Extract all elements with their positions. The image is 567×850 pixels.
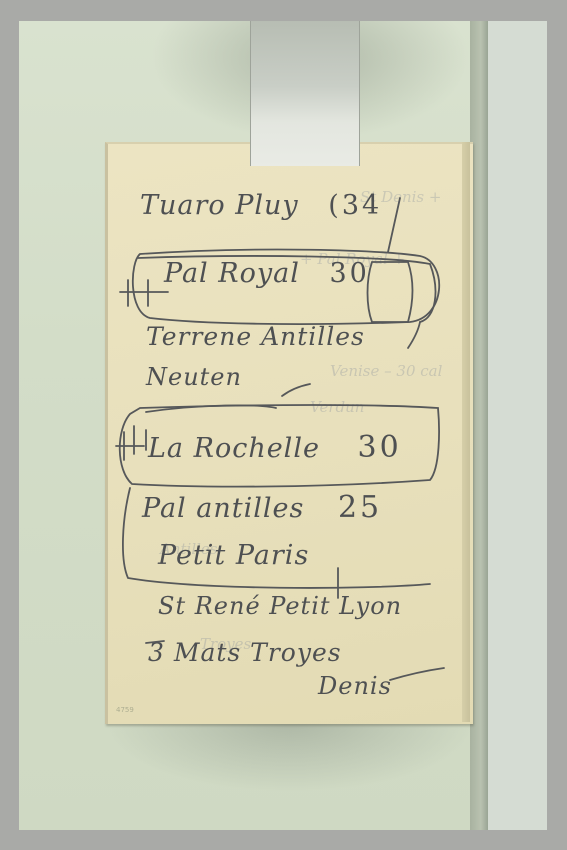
note-text: Denis (318, 672, 392, 700)
note-text: Tuaro Pluy (140, 190, 299, 221)
note-number: (34 (328, 190, 382, 221)
mounting-tape (250, 21, 360, 166)
note-line: Terrene Antilles (146, 322, 365, 351)
note-text: Petit Paris (158, 540, 309, 571)
note-text: La Rochelle (148, 433, 320, 464)
note-line: Pal antilles 25 (142, 490, 382, 525)
facing-page (488, 21, 547, 830)
note-line: La Rochelle 30 (148, 430, 402, 465)
note-line: Petit Paris (158, 540, 309, 571)
note-text: Terrene Antilles (146, 322, 365, 351)
note-text: St René Petit Lyon (158, 592, 402, 620)
note-line: Denis (318, 672, 392, 700)
note-text: 3 Mats Troyes (148, 638, 342, 667)
ghost-text: Venise – 30 cal (330, 362, 442, 380)
note-number: 30 (329, 258, 369, 289)
note-line: Tuaro Pluy (34 (140, 190, 382, 221)
note-line: 3 Mats Troyes (148, 638, 342, 667)
note-line: Neuten (146, 363, 242, 391)
shadow (105, 722, 475, 792)
note-line: St René Petit Lyon (158, 592, 402, 620)
note-line: Pal Royal 30 (164, 258, 370, 289)
note-text: Pal Royal (164, 258, 300, 289)
note-number: 30 (358, 430, 402, 465)
ghost-text: Verdun (310, 398, 364, 416)
note-text: Pal antilles (142, 493, 304, 524)
inventory-stamp: 4759 (116, 706, 134, 714)
note-text: Neuten (146, 363, 242, 391)
note-number: 25 (338, 490, 382, 525)
page-edge (462, 142, 470, 722)
